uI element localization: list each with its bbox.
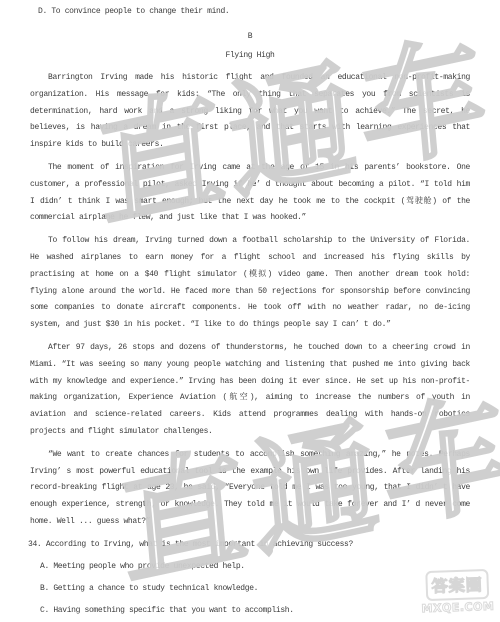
passage-paragraph-5: “We want to create chances for students …	[30, 447, 470, 531]
passage-paragraph-1: Barrington Irving made his historic flig…	[30, 70, 470, 154]
passage-paragraph-2: The moment of inspiration for Irving cam…	[30, 160, 470, 227]
question-text: According to Irving, what is the most im…	[46, 540, 353, 549]
passage-paragraph-4: After 97 days, 26 stops and dozens of th…	[30, 340, 470, 441]
passage-title: Flying High	[30, 47, 470, 64]
section-label: B	[30, 28, 470, 45]
scanned-exam-page: D. To convince people to change their mi…	[0, 0, 500, 622]
option-b: B. Getting a chance to study technical k…	[40, 581, 470, 597]
option-b-text: Getting a chance to study technical know…	[53, 584, 258, 593]
option-c-text: Having something specific that you want …	[53, 606, 293, 615]
question-34: 34. According to Irving, what is the mos…	[28, 537, 470, 553]
option-a-label: A.	[40, 562, 49, 571]
question-number: 34.	[28, 540, 41, 549]
previous-question-option-d: D. To convince people to change their mi…	[38, 3, 470, 20]
option-b-label: B.	[40, 584, 49, 593]
option-c-label: C.	[40, 606, 49, 615]
option-c: C. Having something specific that you wa…	[40, 603, 470, 619]
option-a-text: Meeting people who provide unexpected he…	[53, 562, 244, 571]
option-a: A. Meeting people who provide unexpected…	[40, 559, 470, 575]
passage-paragraph-3: To follow his dream, Irving turned down …	[30, 233, 470, 334]
